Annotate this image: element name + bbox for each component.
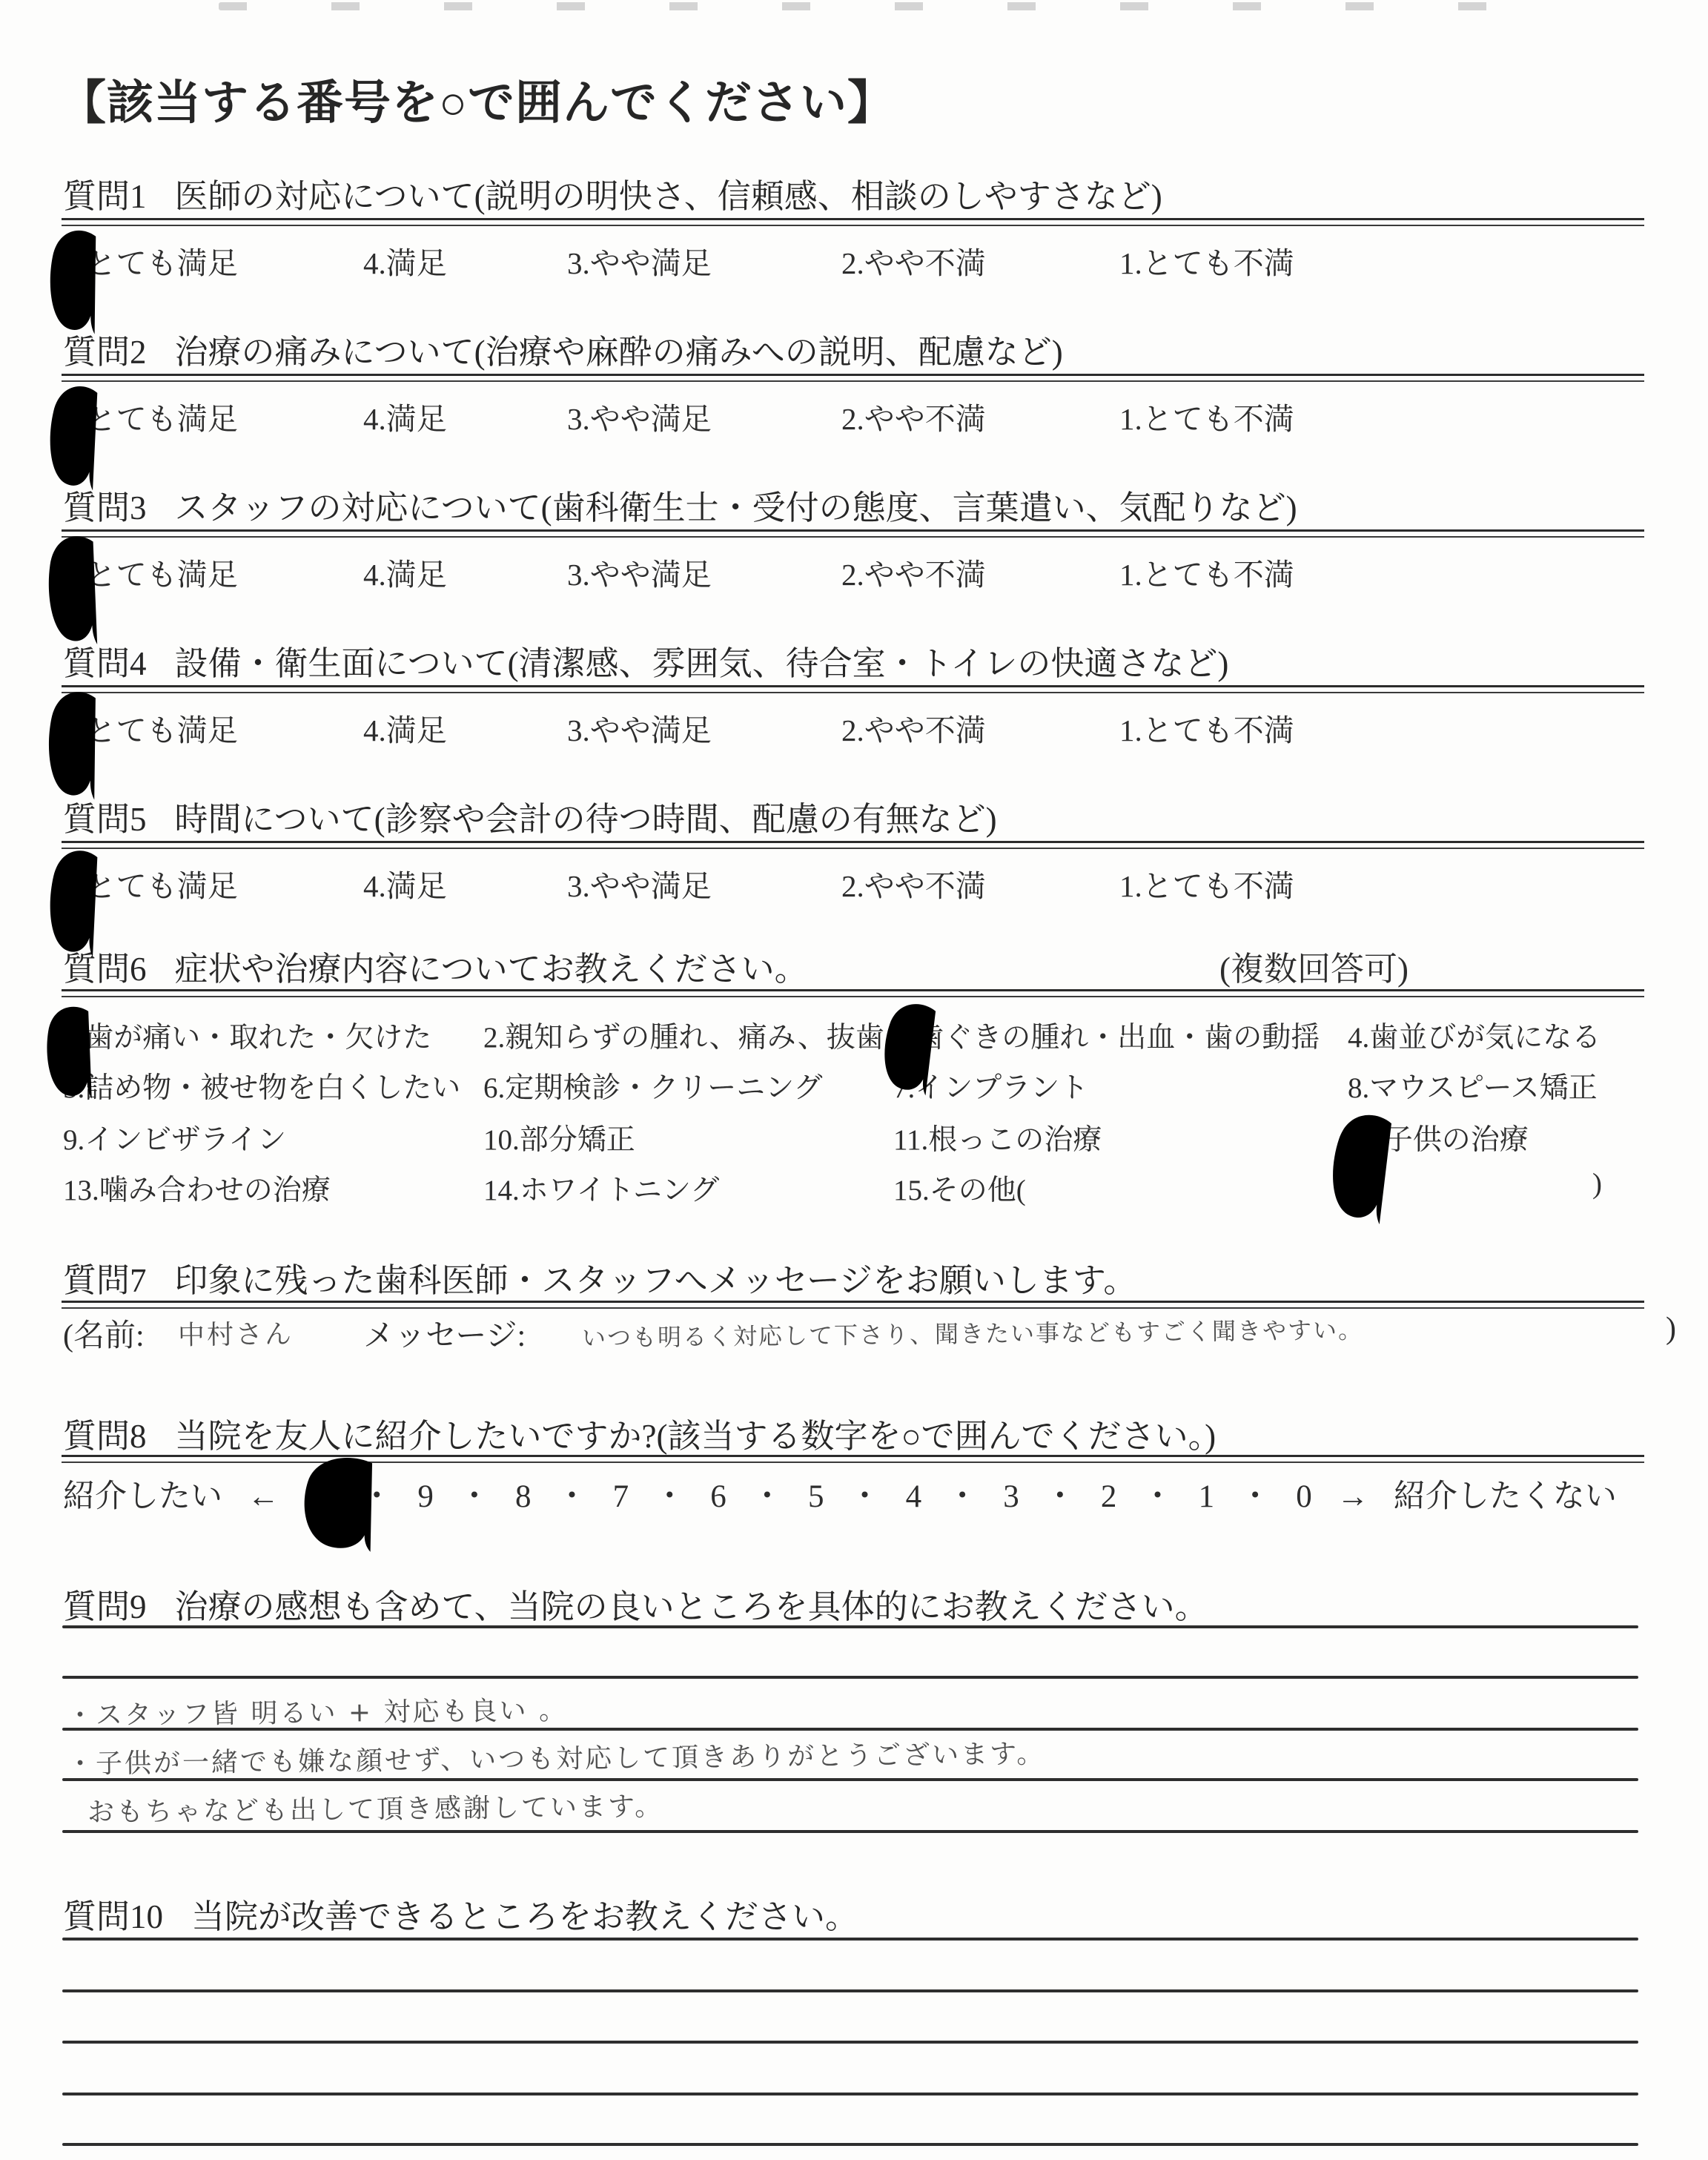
question-10-topic: 当院が改善できるところをお教えください。: [191, 1898, 858, 1935]
scale-3[interactable]: 3: [1003, 1479, 1019, 1515]
name-label: (名前:: [63, 1311, 145, 1355]
option-somewhat-dissatisfied[interactable]: 2.やや不満: [841, 239, 986, 283]
scale-9[interactable]: 9: [417, 1479, 434, 1515]
option-somewhat-dissatisfied[interactable]: 2.やや不満: [841, 394, 986, 438]
option-somewhat-dissatisfied[interactable]: 2.やや不満: [841, 706, 986, 750]
question-5-options: 5.とても満足 4.満足 3.やや満足 2.やや不満 1.とても不満: [63, 862, 1646, 900]
question-1-topic: 医師の対応について(説明の明快さ、信頼感、相談のしやすさなど): [175, 178, 1162, 215]
right-arrow-icon: →: [1337, 1479, 1368, 1515]
dot-separator: ・: [849, 1471, 881, 1516]
option-very-satisfied[interactable]: 5.とても満足: [63, 239, 238, 283]
option-somewhat-dissatisfied[interactable]: 2.やや不満: [841, 862, 986, 905]
answer-line[interactable]: [62, 1938, 1638, 1941]
symptom-item-6[interactable]: 6.定期検診・クリーニング: [483, 1065, 822, 1106]
option-somewhat-satisfied[interactable]: 3.やや満足: [567, 862, 712, 905]
answer-line[interactable]: [62, 1830, 1638, 1833]
question-8-topic: 当院を友人に紹介したいですか?(該当する数字を○で囲んでください。): [175, 1418, 1217, 1455]
dot-separator: ・: [1239, 1471, 1271, 1516]
scale-1[interactable]: 1: [1199, 1479, 1215, 1515]
closing-paren: ): [1666, 1311, 1676, 1347]
question-2-topic: 治療の痛みについて(治療や麻酔の痛みへの説明、配慮など): [175, 334, 1063, 371]
q9-answer-handwriting-1: ・スタッフ皆 明るい + 対応も良い 。: [67, 1689, 568, 1732]
question-6-header: 質問6症状や治療内容についてお教えください。: [63, 942, 808, 990]
option-very-satisfied[interactable]: 5.とても満足: [63, 394, 238, 438]
dot-separator: ・: [361, 1471, 393, 1516]
option-very-dissatisfied[interactable]: 1.とても不満: [1119, 239, 1294, 283]
dot-separator: ・: [1044, 1471, 1076, 1516]
divider: [62, 841, 1644, 849]
answer-line[interactable]: [62, 1728, 1638, 1731]
symptom-item-13[interactable]: 13.噛み合わせの治療: [63, 1167, 331, 1209]
divider: [62, 374, 1644, 382]
symptom-item-3[interactable]: 3.歯ぐきの腫れ・出血・歯の動揺: [893, 1014, 1320, 1056]
question-3-number: 質問3: [63, 489, 147, 526]
option-very-dissatisfied[interactable]: 1.とても不満: [1119, 394, 1294, 438]
symptom-item-11[interactable]: 11.根っこの治療: [893, 1117, 1102, 1158]
question-5-number: 質問5: [63, 801, 147, 838]
divider: [62, 685, 1644, 693]
scale-2[interactable]: 2: [1101, 1479, 1117, 1515]
option-very-satisfied[interactable]: 5.とても満足: [63, 550, 238, 594]
dot-separator: ・: [556, 1471, 588, 1516]
question-2-header: 質問2治療の痛みについて(治療や麻酔の痛みへの説明、配慮など): [63, 325, 1063, 373]
dot-separator: ・: [947, 1471, 979, 1516]
option-satisfied[interactable]: 4.満足: [363, 862, 447, 905]
option-somewhat-dissatisfied[interactable]: 2.やや不満: [841, 550, 986, 594]
form-title: 【該当する番号を○で囲んでください】: [59, 65, 895, 133]
question-8-header: 質問8当院を友人に紹介したいですか?(該当する数字を○で囲んでください。): [63, 1409, 1216, 1457]
divider: [62, 529, 1644, 538]
option-somewhat-satisfied[interactable]: 3.やや満足: [567, 394, 712, 438]
symptom-item-9[interactable]: 9.インビザライン: [63, 1117, 286, 1158]
symptom-item-2[interactable]: 2.親知らずの腫れ、痛み、抜歯: [483, 1014, 884, 1056]
question-3-options: 5.とても満足 4.満足 3.やや満足 2.やや不満 1.とても不満: [63, 550, 1646, 589]
option-satisfied[interactable]: 4.満足: [363, 394, 447, 438]
question-4-options: 5.とても満足 4.満足 3.やや満足 2.やや不満 1.とても不満: [63, 706, 1646, 744]
option-satisfied[interactable]: 4.満足: [363, 550, 447, 594]
question-5-topic: 時間について(診察や会計の待つ時間、配慮の有無など): [175, 801, 997, 838]
question-2-options: 5.とても満足 4.満足 3.やや満足 2.やや不満 1.とても不満: [63, 394, 1646, 433]
symptom-item-12[interactable]: 12.子供の治療: [1348, 1117, 1529, 1158]
question-7-header: 質問7印象に残った歯科医師・スタッフへメッセージをお願いします。: [63, 1253, 1136, 1301]
answer-line[interactable]: [62, 1676, 1638, 1679]
option-somewhat-satisfied[interactable]: 3.やや満足: [567, 239, 712, 283]
question-3-header: 質問3スタッフの対応について(歯科衛生士・受付の態度、言葉遣い、気配りなど): [63, 480, 1297, 529]
name-value-handwriting: 中村さん: [178, 1313, 294, 1353]
message-value-handwriting: いつも明るく対応して下さり、聞きたい事などもすごく聞きやすい。: [582, 1311, 1363, 1353]
question-1-options: 5.とても満足 4.満足 3.やや満足 2.やや不満 1.とても不満: [63, 239, 1646, 277]
symptom-item-10[interactable]: 10.部分矯正: [483, 1117, 635, 1158]
question-9-topic: 治療の感想も含めて、当院の良いところを具体的にお教えください。: [175, 1588, 1208, 1625]
symptom-item-8[interactable]: 8.マウスピース矯正: [1348, 1065, 1598, 1106]
question-7-topic: 印象に残った歯科医師・スタッフへメッセージをお願いします。: [175, 1262, 1137, 1299]
question-4-number: 質問4: [63, 645, 147, 682]
divider: [62, 1301, 1644, 1309]
question-4-topic: 設備・衛生面について(清潔感、雰囲気、待合室・トイレの快適さなど): [175, 645, 1229, 682]
message-label: メッセージ:: [363, 1311, 526, 1355]
dot-separator: ・: [1142, 1471, 1174, 1516]
option-very-dissatisfied[interactable]: 1.とても不満: [1119, 550, 1294, 594]
option-somewhat-satisfied[interactable]: 3.やや満足: [567, 550, 712, 594]
question-6-number: 質問6: [63, 951, 147, 988]
scale-10[interactable]: 10: [304, 1479, 336, 1515]
option-very-dissatisfied[interactable]: 1.とても不満: [1119, 706, 1294, 750]
question-7-number: 質問7: [63, 1262, 147, 1299]
scale-4[interactable]: 4: [906, 1479, 922, 1515]
question-7-answer-line: (名前: 中村さん メッセージ: いつも明るく対応して下さり、聞きたい事などもす…: [63, 1311, 1679, 1355]
divider: [62, 989, 1644, 997]
question-3-topic: スタッフの対応について(歯科衛生士・受付の態度、言葉遣い、気配りなど): [175, 489, 1297, 526]
dot-separator: ・: [654, 1471, 686, 1516]
answer-line[interactable]: [62, 1778, 1638, 1781]
scale-8[interactable]: 8: [515, 1479, 532, 1515]
question-2-number: 質問2: [63, 334, 147, 371]
symptom-item-15[interactable]: 15.その他(: [893, 1167, 1026, 1209]
multiple-answers-note: (複数回答可): [1219, 942, 1409, 990]
option-satisfied[interactable]: 4.満足: [363, 706, 447, 750]
question-9-header: 質問9治療の感想も含めて、当院の良いところを具体的にお教えください。: [63, 1579, 1208, 1628]
option-satisfied[interactable]: 4.満足: [363, 239, 447, 283]
option-very-satisfied[interactable]: 5.とても満足: [63, 862, 238, 905]
answer-line[interactable]: [62, 2093, 1638, 2095]
question-6-topic: 症状や治療内容についてお教えください。: [175, 951, 808, 988]
dot-separator: ・: [751, 1471, 783, 1516]
q9-answer-handwriting-3: おもちゃなども出して頂き感謝しています。: [87, 1786, 664, 1829]
scale-0[interactable]: 0: [1296, 1479, 1312, 1515]
q9-answer-handwriting-2: ・子供が一緒でも嫌な顔せず、いつも対応して頂きありがとうございます。: [67, 1733, 1046, 1781]
scale-right-label: 紹介したくない: [1394, 1471, 1617, 1516]
scan-artifact-dashes: [219, 2, 1546, 10]
scale-5[interactable]: 5: [808, 1479, 824, 1515]
scale-left-label: 紹介したい: [63, 1471, 222, 1516]
question-5-header: 質問5時間について(診察や会計の待つ時間、配慮の有無など): [63, 792, 997, 840]
dental-survey-form: 【該当する番号を○で囲んでください】 質問1医師の対応について(説明の明快さ、信…: [0, 0, 1708, 2160]
scale-6[interactable]: 6: [710, 1479, 726, 1515]
divider: [62, 218, 1644, 226]
divider: [62, 1455, 1644, 1463]
dot-separator: ・: [458, 1471, 490, 1516]
recommend-scale: 紹介したい ← 10 ・ 9 ・ 8 ・ 7 ・ 6 ・ 5 ・ 4 ・ 3 ・…: [63, 1471, 1617, 1516]
question-9-number: 質問9: [63, 1588, 147, 1625]
question-1-header: 質問1医師の対応について(説明の明快さ、信頼感、相談のしやすさなど): [63, 169, 1162, 217]
answer-line[interactable]: [62, 2143, 1638, 2146]
option-somewhat-satisfied[interactable]: 3.やや満足: [567, 706, 712, 750]
answer-line[interactable]: [62, 1989, 1638, 1992]
scale-7[interactable]: 7: [613, 1479, 629, 1515]
symptom-item-14[interactable]: 14.ホワイトニング: [483, 1167, 719, 1209]
other-closing-paren: ): [1592, 1167, 1602, 1200]
answer-line[interactable]: [62, 2041, 1638, 2044]
symptom-item-5[interactable]: 5.詰め物・被せ物を白くしたい: [63, 1065, 460, 1106]
question-1-number: 質問1: [63, 178, 147, 215]
option-very-satisfied[interactable]: 5.とても満足: [63, 706, 238, 750]
question-8-number: 質問8: [63, 1418, 147, 1455]
symptom-item-1[interactable]: 1.歯が痛い・取れた・欠けた: [63, 1014, 431, 1056]
symptom-item-4[interactable]: 4.歯並びが気になる: [1348, 1014, 1601, 1056]
question-4-header: 質問4設備・衛生面について(清潔感、雰囲気、待合室・トイレの快適さなど): [63, 636, 1228, 684]
left-arrow-icon: ←: [248, 1479, 279, 1515]
option-very-dissatisfied[interactable]: 1.とても不満: [1119, 862, 1294, 905]
answer-line[interactable]: [62, 1625, 1638, 1628]
question-10-number: 質問10: [63, 1898, 163, 1935]
question-10-header: 質問10当院が改善できるところをお教えください。: [63, 1889, 858, 1938]
symptom-item-7[interactable]: 7.インプラント: [893, 1065, 1088, 1106]
